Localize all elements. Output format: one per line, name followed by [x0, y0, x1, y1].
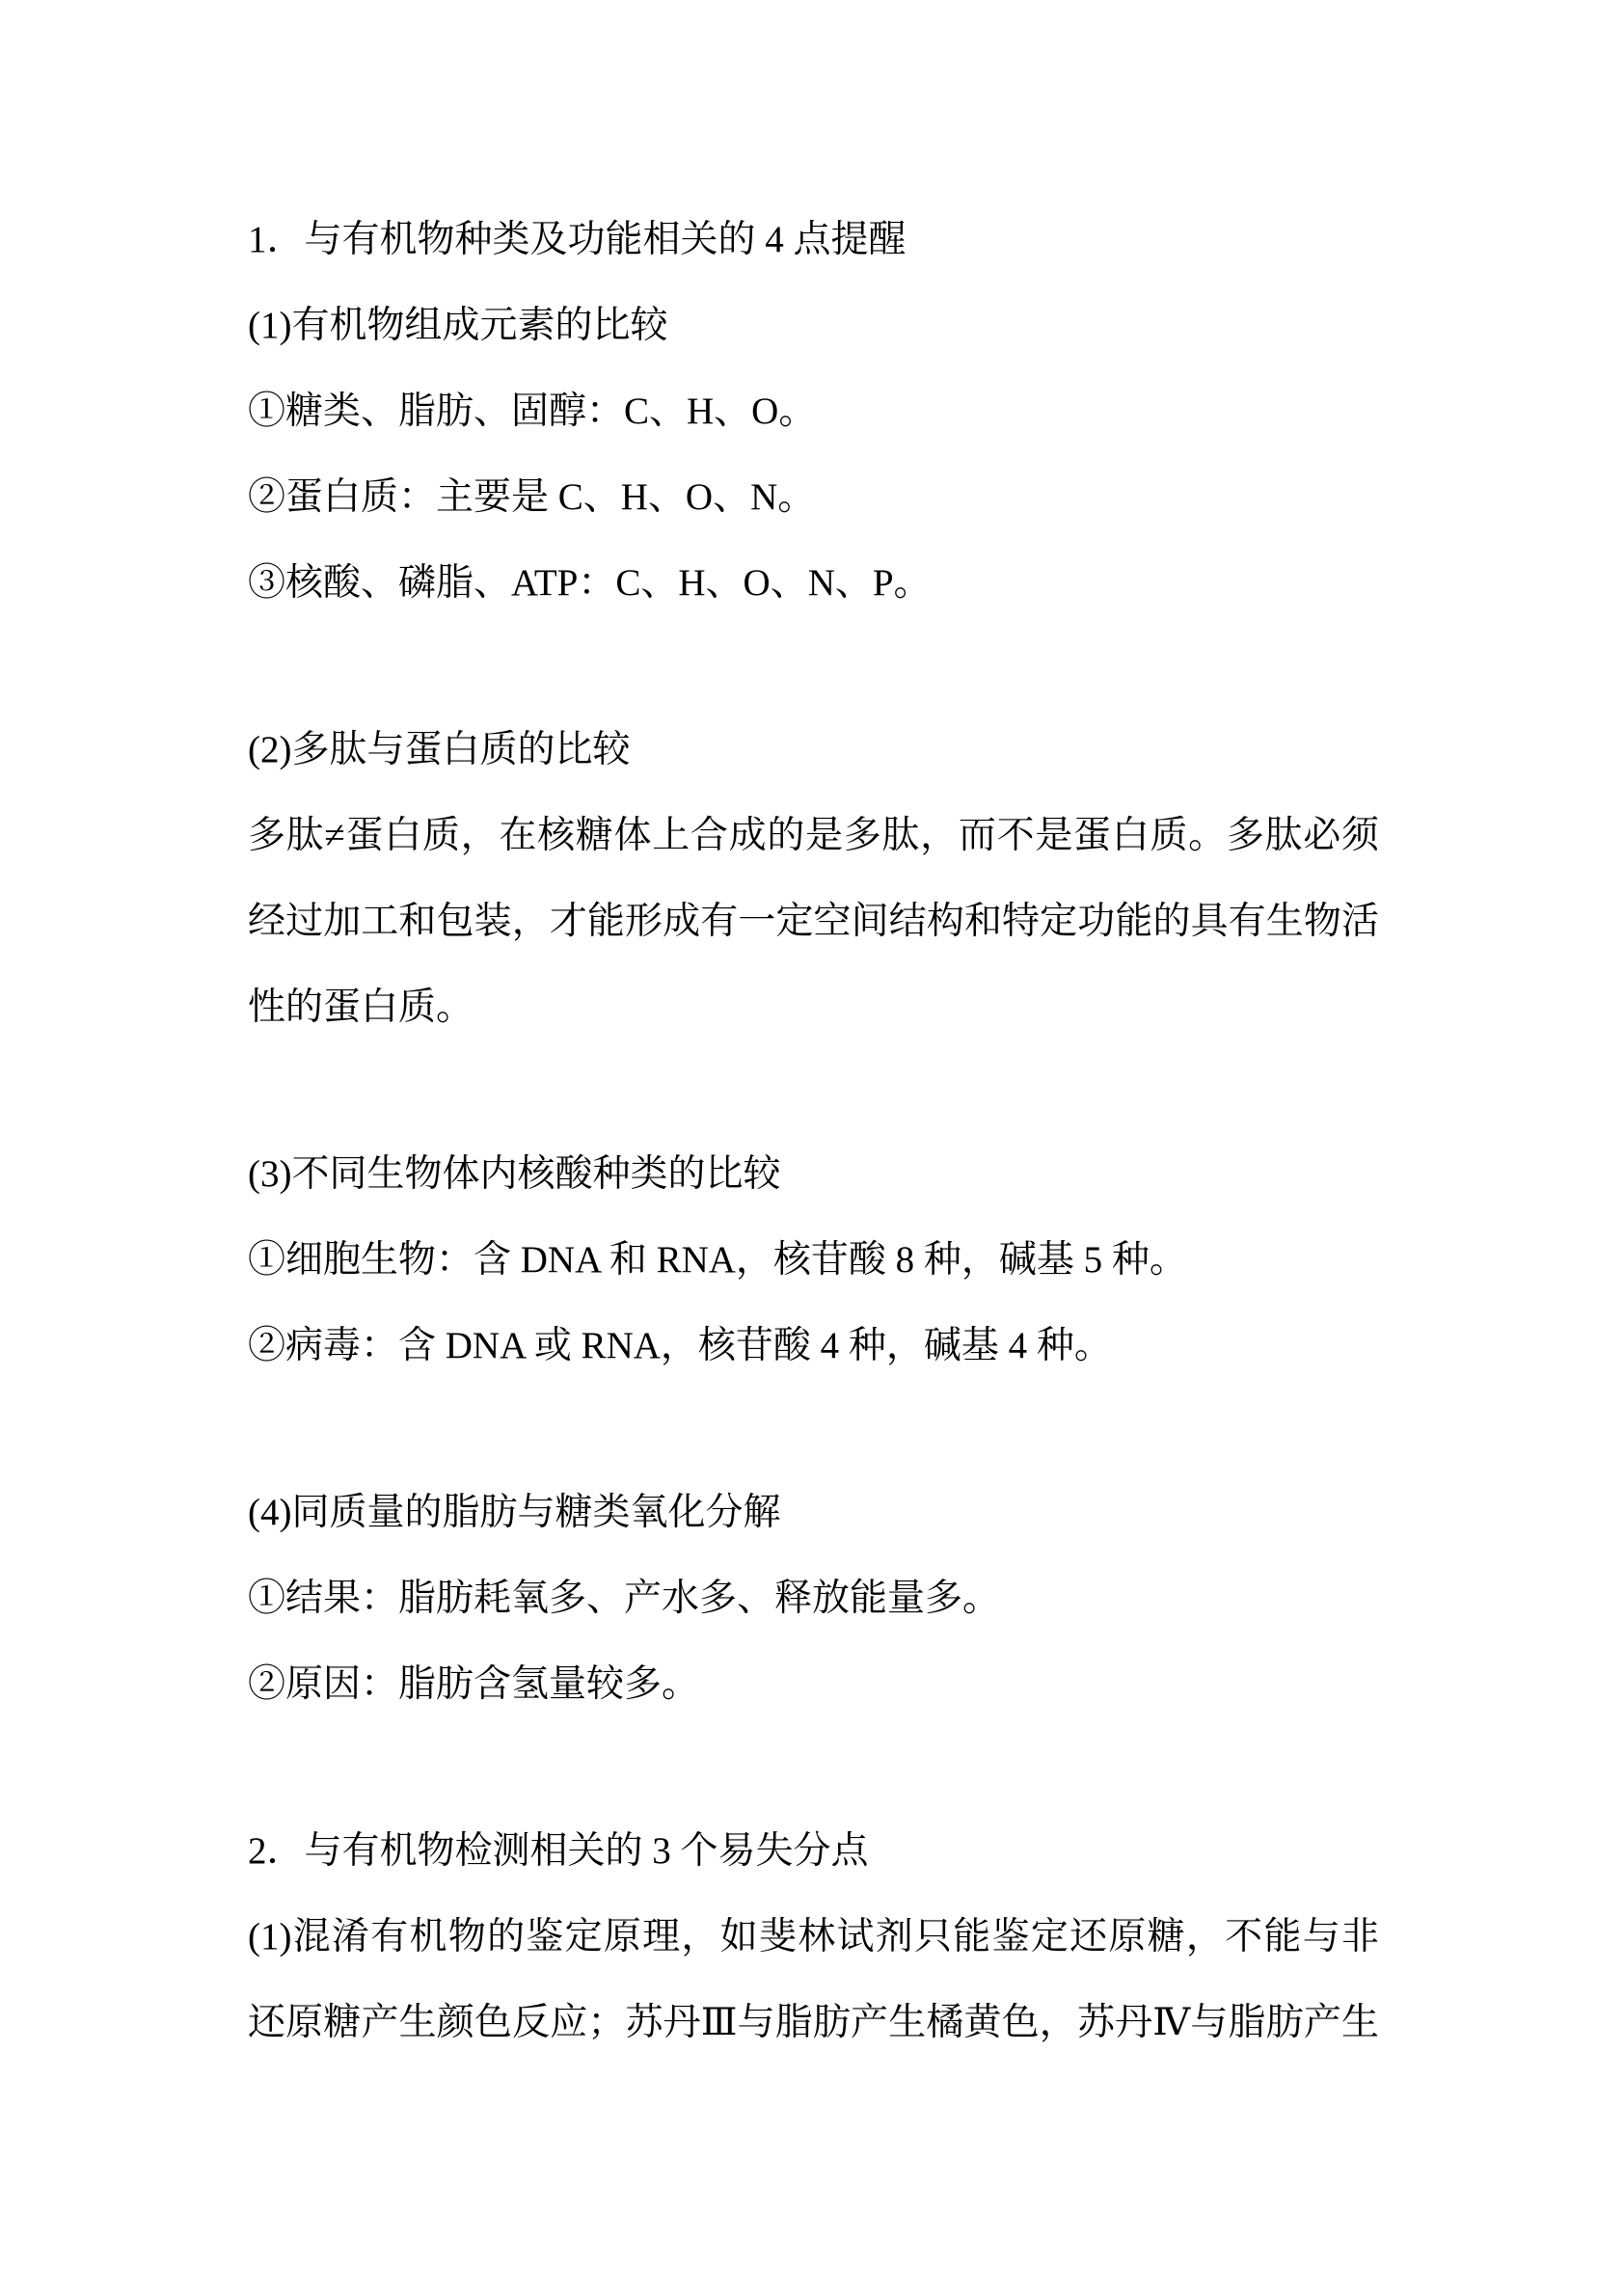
document-content: 1．与有机物种类及功能相关的 4 点提醒 (1)有机物组成元素的比较 ①糖类、脂…	[248, 197, 1379, 2065]
item-sugar-fat-sterol: ①糖类、脂肪、固醇：C、H、O。	[248, 368, 1379, 454]
body-detection-line-1: (1)混淆有机物的鉴定原理，如斐林试剂只能鉴定还原糖，不能与非	[248, 1894, 1379, 1980]
section-fat-vs-sugar-oxidation: (4)同质量的脂肪与糖类氧化分解 ①结果：脂肪耗氧多、产水多、释放能量多。 ②原…	[248, 1470, 1379, 1727]
body-detection-line-2: 还原糖产生颜色反应；苏丹Ⅲ与脂肪产生橘黄色，苏丹Ⅳ与脂肪产生	[248, 1980, 1379, 2065]
document-page: 1．与有机物种类及功能相关的 4 点提醒 (1)有机物组成元素的比较 ①糖类、脂…	[0, 0, 1624, 2295]
body-peptide-line-3: 性的蛋白质。	[248, 964, 1379, 1050]
subheading-fat-sugar-oxidation: (4)同质量的脂肪与糖类氧化分解	[248, 1470, 1379, 1555]
body-peptide-line-1: 多肽≠蛋白质，在核糖体上合成的是多肽，而不是蛋白质。多肽必须	[248, 793, 1379, 878]
subheading-element-comparison: (1)有机物组成元素的比较	[248, 283, 1379, 368]
item-protein-elements: ②蛋白质：主要是 C、H、O、N。	[248, 454, 1379, 540]
item-oxidation-reason: ②原因：脂肪含氢量较多。	[248, 1641, 1379, 1727]
heading-organic-types: 1．与有机物种类及功能相关的 4 点提醒	[248, 197, 1379, 283]
subheading-nucleic-acid-comparison: (3)不同生物体内核酸种类的比较	[248, 1131, 1379, 1217]
body-peptide-line-2: 经过加工和包装，才能形成有一定空间结构和特定功能的具有生物活	[248, 878, 1379, 964]
section-organic-compound-types: 1．与有机物种类及功能相关的 4 点提醒 (1)有机物组成元素的比较 ①糖类、脂…	[248, 197, 1379, 626]
item-nucleic-phospholipid-atp: ③核酸、磷脂、ATP：C、H、O、N、P。	[248, 540, 1379, 626]
subheading-peptide-vs-protein: (2)多肽与蛋白质的比较	[248, 707, 1379, 793]
section-detection-pitfalls: 2．与有机物检测相关的 3 个易失分点 (1)混淆有机物的鉴定原理，如斐林试剂只…	[248, 1808, 1379, 2065]
section-peptide-vs-protein: (2)多肽与蛋白质的比较 多肽≠蛋白质，在核糖体上合成的是多肽，而不是蛋白质。多…	[248, 707, 1379, 1050]
heading-detection-pitfalls: 2．与有机物检测相关的 3 个易失分点	[248, 1808, 1379, 1894]
item-cellular-organisms: ①细胞生物：含 DNA 和 RNA，核苷酸 8 种，碱基 5 种。	[248, 1217, 1379, 1303]
item-oxidation-result: ①结果：脂肪耗氧多、产水多、释放能量多。	[248, 1555, 1379, 1641]
item-viruses: ②病毒：含 DNA 或 RNA，核苷酸 4 种，碱基 4 种。	[248, 1303, 1379, 1389]
section-nucleic-acid-types: (3)不同生物体内核酸种类的比较 ①细胞生物：含 DNA 和 RNA，核苷酸 8…	[248, 1131, 1379, 1389]
